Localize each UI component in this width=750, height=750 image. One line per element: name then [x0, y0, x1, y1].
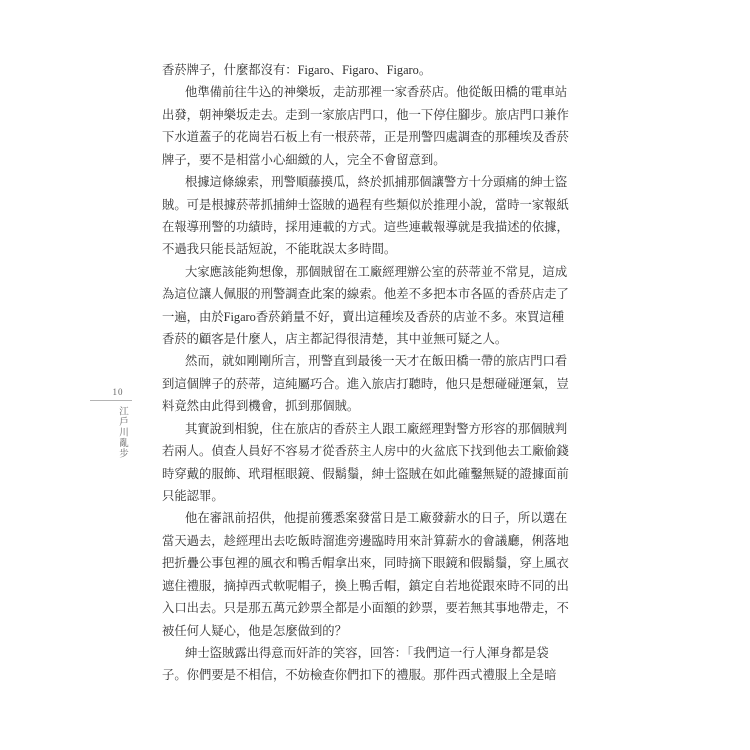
- text-line: 其實說到相貌，住在旅店的香菸主人跟工廠經理對警方形容的那個賊判: [162, 418, 576, 440]
- text-line: 料竟然由此得到機會，抓到那個賊。: [162, 395, 576, 417]
- text-line: 他準備前往牛込的神樂坂，走訪那裡一家香菸店。他從飯田橋的電車站: [162, 81, 576, 103]
- body-text-block: 香菸牌子，什麼都沒有：Figaro、Figaro、Figaro。他準備前往牛込的…: [162, 59, 576, 687]
- text-line: 把折疊公事包裡的風衣和鴨舌帽拿出來，同時摘下眼鏡和假鬍鬚，穿上風衣: [162, 552, 576, 574]
- text-line: 時穿戴的服飾、玳瑁框眼鏡、假鬍鬚，紳士盜賊在如此確鑿無疑的證據面前: [162, 463, 576, 485]
- book-title-vertical: 江戶川亂步: [115, 406, 129, 476]
- text-line: 他在審訊前招供，他提前獲悉案發當日是工廠發薪水的日子，所以選在: [162, 507, 576, 529]
- text-line: 到這個牌子的菸蒂，這純屬巧合。進入旅店打聽時，他只是想碰碰運氣，豈: [162, 373, 576, 395]
- text-line: 香菸牌子，什麼都沒有：Figaro、Figaro、Figaro。: [162, 59, 576, 81]
- text-line: 若兩人。偵查人員好不容易才從香菸主人房中的火盆底下找到他去工廠偷錢: [162, 440, 576, 462]
- folio-divider-rule: [90, 400, 132, 401]
- text-line: 子。你們要是不相信，不妨檢查你們扣下的禮服。那件西式禮服上全是暗: [162, 664, 576, 686]
- text-line: 被任何人疑心，他是怎麼做到的？: [162, 620, 576, 642]
- text-line: 只能認罪。: [162, 485, 576, 507]
- text-line: 牌子，要不是相當小心細緻的人，完全不會留意到。: [162, 149, 576, 171]
- text-line: 當天過去，趁經理出去吃飯時溜進旁邊臨時用來計算薪水的會議廳，俐落地: [162, 530, 576, 552]
- text-line: 下水道蓋子的花崗岩石板上有一根菸蒂，正是刑警四處調查的那種埃及香菸: [162, 126, 576, 148]
- page-number: 10: [104, 386, 132, 398]
- text-line: 一遍，由於Figaro香菸銷量不好，賣出這種埃及香菸的店並不多。來買這種: [162, 306, 576, 328]
- text-line: 根據這條線索，刑警順藤摸瓜，終於抓捕那個讓警方十分頭痛的紳士盜: [162, 171, 576, 193]
- book-page: 10 江戶川亂步 香菸牌子，什麼都沒有：Figaro、Figaro、Figaro…: [0, 0, 750, 750]
- text-line: 然而，就如剛剛所言，刑警直到最後一天才在飯田橋一帶的旅店門口看: [162, 350, 576, 372]
- text-line: 遮住禮服，摘掉西式軟呢帽子，換上鴨舌帽，鎮定自若地從跟來時不同的出: [162, 575, 576, 597]
- text-line: 為這位讓人佩服的刑警調查此案的線索。他差不多把本市各區的香菸店走了: [162, 283, 576, 305]
- text-line: 大家應該能夠想像，那個賊留在工廠經理辦公室的菸蒂並不常見，這成: [162, 261, 576, 283]
- text-line: 入口出去。只是那五萬元鈔票全都是小面額的鈔票，要若無其事地帶走，不: [162, 597, 576, 619]
- text-line: 不過我只能長話短說，不能耽誤太多時間。: [162, 238, 576, 260]
- text-line: 香菸的顧客是什麼人，店主都記得很清楚，其中並無可疑之人。: [162, 328, 576, 350]
- text-line: 紳士盜賊露出得意而奸詐的笑容，回答：「我們這一行人渾身都是袋: [162, 642, 576, 664]
- text-line: 出發，朝神樂坂走去。走到一家旅店門口，他一下停住腳步。旅店門口兼作: [162, 104, 576, 126]
- text-line: 在報導刑警的功績時，採用連載的方式。這些連載報導就是我描述的依據，: [162, 216, 576, 238]
- text-line: 賊。可是根據菸蒂抓捕紳士盜賊的過程有些類似於推理小說，當時一家報紙: [162, 194, 576, 216]
